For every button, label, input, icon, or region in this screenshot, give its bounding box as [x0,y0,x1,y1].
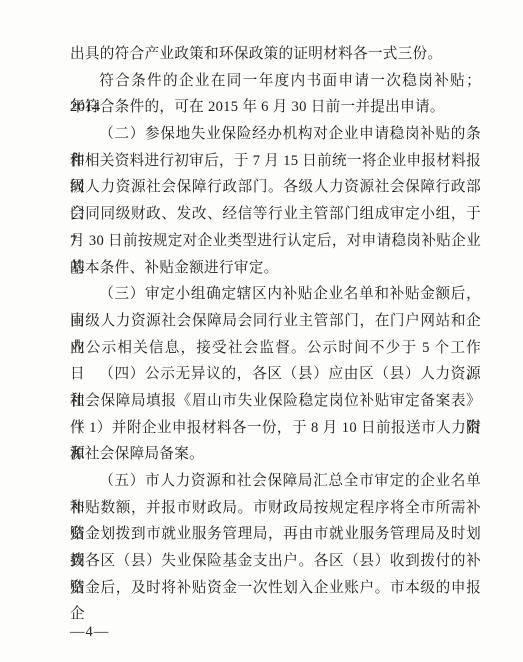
text-line: 和相关资料进行初审后，于 7 月 15 日前统一将企业申报材料报同 [70,148,481,175]
text-line: 内公示相关信息，接受社会监督。公示时间不少于 5 个工作日。 [70,335,481,362]
text-line: 会同同级财政、发改、经信等行业主管部门组成审定小组，于 7 [70,201,481,228]
text-line: 基本条件、补贴金额进行审定。 [70,255,481,282]
text-line: 出具的符合产业政策和环保政策的证明材料各一式三份。 [70,41,481,68]
text-line: （二）参保地失业保险经办机构对企业申请稳岗补贴的条件 [70,121,481,148]
text-line: 件 1）并附企业申报材料各一份，于 8 月 10 日前报送市人力资源 [70,415,481,442]
text-line: （五）市人力资源和社会保障局汇总全市审定的企业名单和 [70,468,481,495]
text-line: 年符合条件的，可在 2015 年 6 月 30 日前一并提出申请。 [70,94,481,121]
text-line: 补贴数额，并报市财政局。市财政局按规定程序将全市所需补贴 [70,495,481,522]
text-line: 符合条件的企业在同一年度内书面申请一次稳岗补贴；2014 [70,68,481,95]
text-line: （三）审定小组确定辖区内补贴企业名单和补贴金额后，由 [70,281,481,308]
text-line: 级人力资源社会保障行政部门。各级人力资源社会保障行政部门 [70,174,481,201]
text-line: （四）公示无异议的，各区（县）应由区（县）人力资源和 [70,361,481,388]
page-number: —4— [70,624,109,641]
document-body: 出具的符合产业政策和环保政策的证明材料各一式三份。符合条件的企业在同一年度内书面… [70,41,481,601]
text-line: 社会保障局填报《眉山市失业保险稳定岗位补贴审定备案表》（附 [70,388,481,415]
text-line: 和社会保障局备案。 [70,441,481,468]
text-line: 月 30 日前按规定对企业类型进行认定后，对申请稳岗补贴企业的 [70,228,481,255]
text-line: 资金划拨到市就业服务管理局，再由市就业服务管理局及时划拨 [70,521,481,548]
document-page: 出具的符合产业政策和环保政策的证明材料各一式三份。符合条件的企业在同一年度内书面… [0,0,523,662]
text-line: 到各区（县）失业保险基金支出户。各区（县）收到拨付的补贴 [70,548,481,575]
text-line: 同级人力资源社会保障局会同行业主管部门，在门户网站和企业 [70,308,481,335]
text-line: 资金后，及时将补贴资金一次性划入企业账户。市本级的申报企 [70,575,481,602]
